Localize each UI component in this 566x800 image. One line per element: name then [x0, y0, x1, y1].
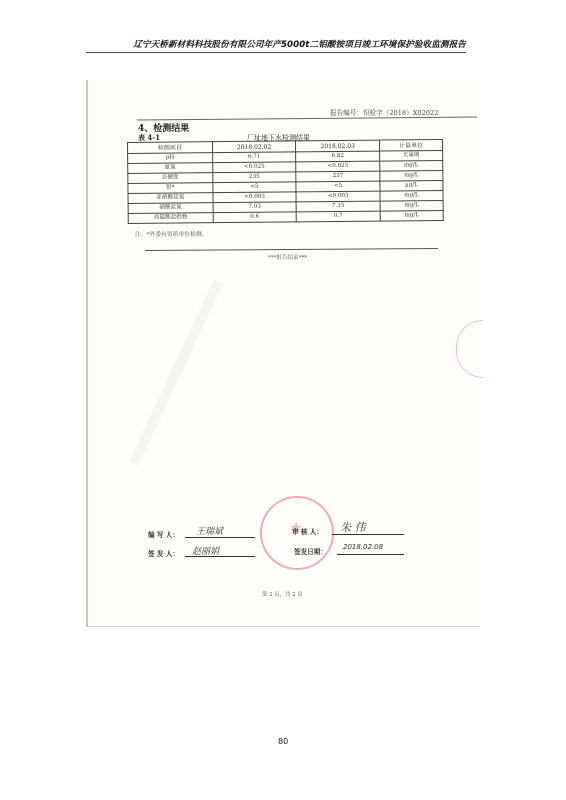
issue-date-line	[337, 554, 404, 555]
header-cell: 2018.02.02	[212, 141, 296, 153]
unit-cell: mg/L	[380, 170, 443, 181]
unit-cell: mg/L	[380, 190, 443, 201]
issue-date-value: 2018.02.08	[343, 543, 383, 551]
item-name-cell: 高锰酸盐指数	[128, 213, 213, 224]
page-of-indicator: 第 2 页，共 2 页	[262, 590, 303, 598]
issue-date-label: 签发日期：	[294, 546, 327, 556]
value-cell: 0.6	[213, 212, 297, 223]
results-table: 检测项目 2018.02.02 2018.02.03 计量单位 pH6.716.…	[127, 139, 444, 224]
header-cell: 检测项目	[128, 142, 213, 154]
unit-cell: 无量纲	[380, 150, 443, 161]
unit-cell: mg/L	[380, 210, 443, 221]
issuer-signature: 赵丽娟	[192, 544, 219, 557]
author-signature: 王瑞斌	[196, 524, 223, 537]
header-cell: 计量单位	[379, 139, 442, 151]
report-number: 报告编号：恒检字（2018）X02022	[330, 107, 438, 117]
unit-cell: μg/L	[380, 180, 443, 191]
value-cell: 0.7	[297, 211, 381, 222]
author-line	[185, 537, 255, 538]
reviewer-signature: 朱 伟	[340, 519, 366, 535]
header-cell: 2018.02.03	[296, 140, 380, 152]
report-end-mark: ***报告结束***	[268, 253, 307, 261]
unit-cell: mg/L	[380, 160, 443, 171]
running-header: 辽宁天桥新材料科技股份有限公司年产5000t二铝酸铵项目竣工环境保护验收监测报告	[88, 38, 466, 50]
issuer-label: 签 发 人：	[148, 548, 179, 558]
header-rule	[86, 52, 466, 53]
reviewer-label: 审 核 人：	[292, 526, 323, 536]
unit-cell: mg/L	[380, 200, 443, 211]
table-note: 注：*外委有资质单位检测。	[135, 229, 207, 238]
page-number: 80	[278, 737, 288, 746]
author-label: 编 写 人：	[148, 529, 179, 539]
